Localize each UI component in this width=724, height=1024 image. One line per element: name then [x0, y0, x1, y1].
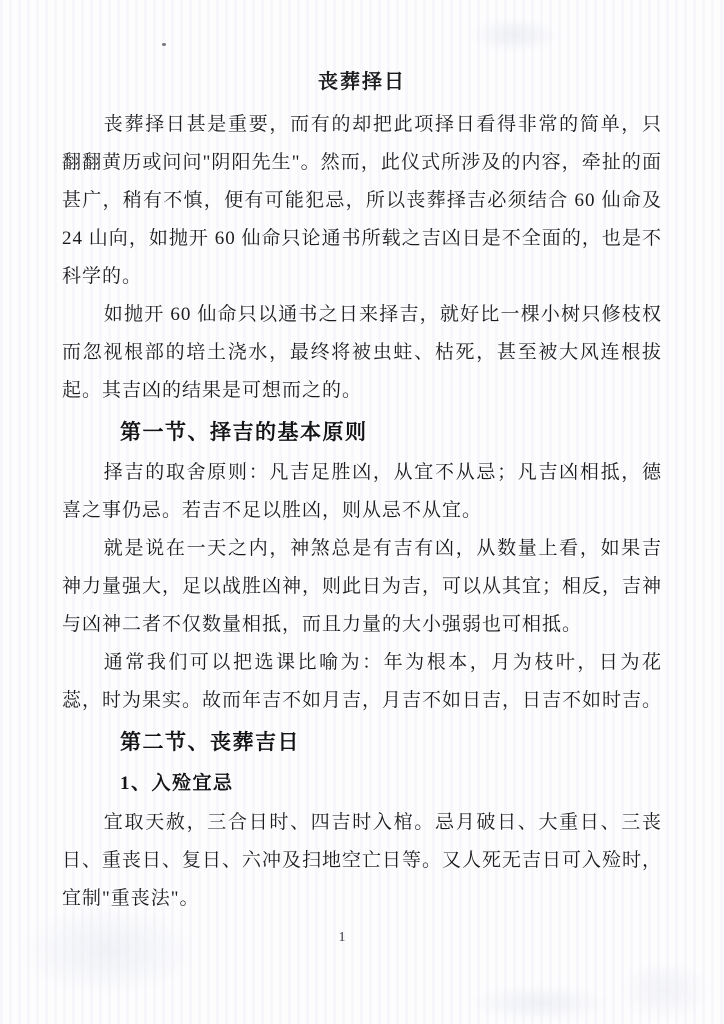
- scan-smudge: [18, 905, 198, 995]
- scan-smudge: [470, 985, 610, 1021]
- paragraph-section1-3: 通常我们可以把选课比喻为：年为根本，月为枝叶，日为花蕊，时为果实。故而年吉不如月…: [62, 644, 662, 720]
- scan-smudge: [620, 960, 710, 1020]
- paragraph-section1-1: 择吉的取舍原则：凡吉足胜凶，从宜不从忌；凡吉凶相抵，德喜之事仍忌。若吉不足以胜凶…: [62, 454, 662, 530]
- scan-smudge: [470, 18, 560, 52]
- ink-speck: [162, 43, 166, 46]
- paragraph-section1-2: 就是说在一天之内，神煞总是有吉有凶，从数量上看，如果吉神力量强大，足以战胜凶神，…: [62, 530, 662, 644]
- paragraph-intro-1: 丧葬择日甚是重要，而有的却把此项择日看得非常的简单，只翻翻黄历或问问"阴阳先生"…: [62, 106, 662, 296]
- section-2-heading: 第二节、丧葬吉日: [62, 722, 662, 762]
- page-number: 1: [0, 928, 684, 948]
- paragraph-intro-2: 如抛开 60 仙命只以通书之日来择吉，就好比一棵小树只修枝权而忽视根部的培土浇水…: [62, 296, 662, 410]
- document-title: 丧葬择日: [62, 64, 662, 100]
- section-1-heading: 第一节、择吉的基本原则: [62, 412, 662, 452]
- subsection-1-heading: 1、入殓宜忌: [62, 764, 662, 804]
- paragraph-section2-1: 宜取天赦，三合日时、四吉时入棺。忌月破日、大重日、三丧日、重丧日、复日、六冲及扫…: [62, 804, 662, 918]
- document-content: 丧葬择日 丧葬择日甚是重要，而有的却把此项择日看得非常的简单，只翻翻黄历或问问"…: [62, 64, 662, 918]
- scanned-document-page: 丧葬择日 丧葬择日甚是重要，而有的却把此项择日看得非常的简单，只翻翻黄历或问问"…: [0, 0, 724, 1024]
